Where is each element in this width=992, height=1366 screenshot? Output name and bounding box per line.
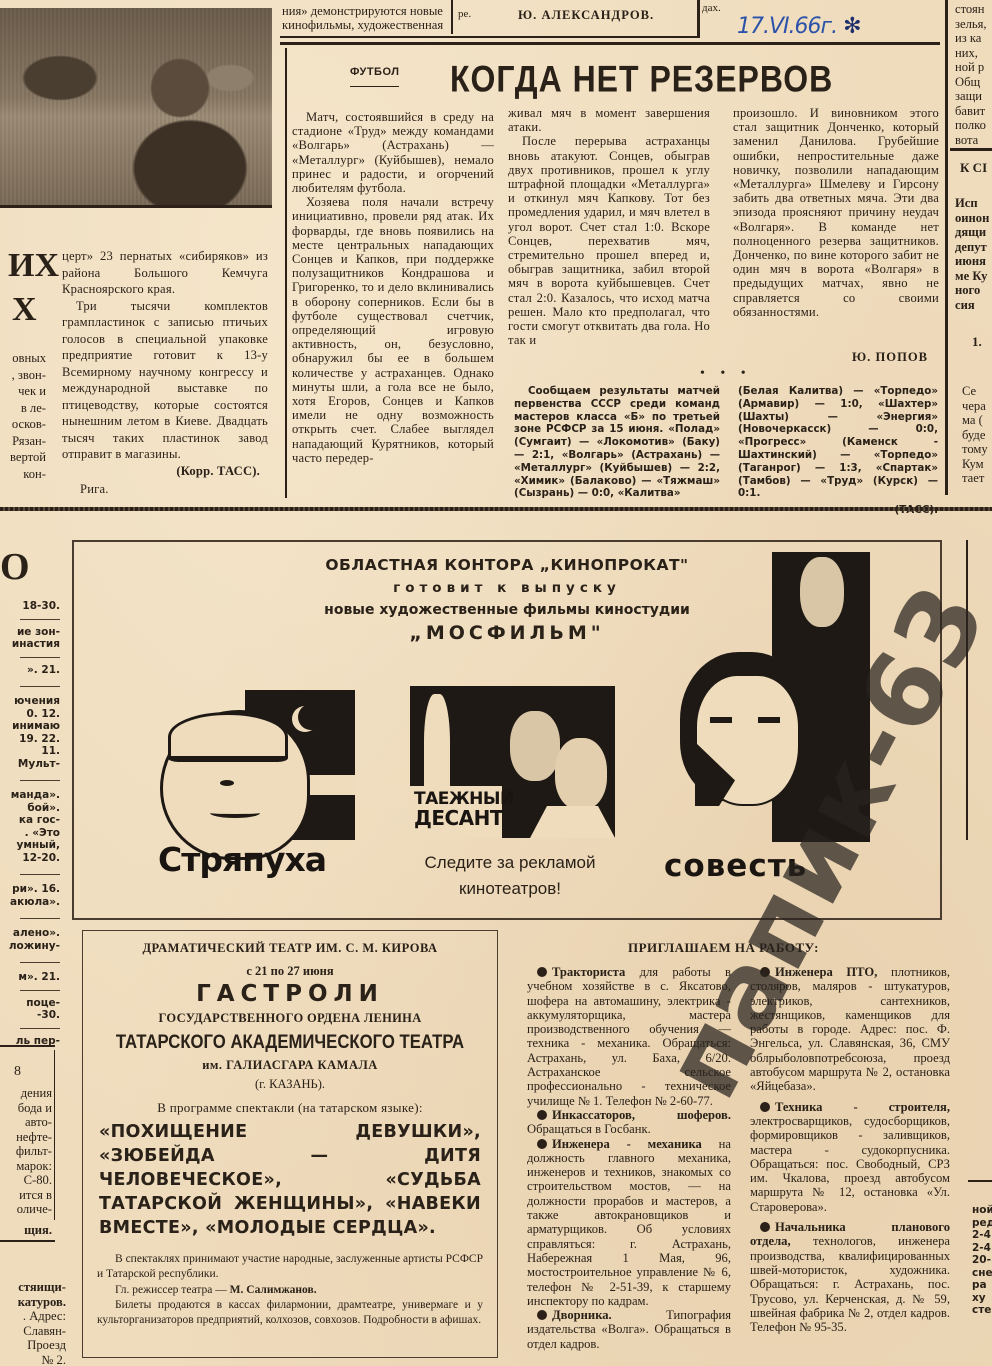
right-edge-fragments: ной ред 2-4 2-4 20- сне ра ху сте [972,1204,992,1317]
text-fragment: ного [955,283,992,298]
text-fragment: 11. [0,745,60,758]
theatre-city: (г. КАЗАНЬ). [83,1077,497,1092]
bullet-icon [760,1222,770,1232]
text-fragment: , звон- [0,367,46,384]
text-fragment: марок: [0,1159,52,1174]
text-fragment: сне [972,1267,992,1280]
text-fragment: ной [972,1204,992,1217]
bullet-icon [537,967,547,977]
paragraph: Матч, состоявшийся в среду на стадионе «… [292,110,494,195]
text-fragment: алено». [0,927,60,940]
text-fragment: инимаю [0,720,60,733]
text-fragment: дящи [955,225,992,240]
text-fragment: вертой [0,449,46,466]
director-line: Гл. режиссер театра — М. Салимжанов. [97,1284,483,1296]
text-fragment: чера [962,399,992,414]
bullet-icon [537,1310,547,1320]
text-fragment: -30. [0,1009,60,1022]
rubric-label: ФУТБОЛ [350,66,399,87]
job-listing: Дворника. Типография издательства «Волга… [527,1308,731,1351]
text-fragment: дах. [702,2,721,14]
text-fragment: кон- [0,466,46,483]
text-fragment: щия. [0,1223,52,1238]
film-title-line: ДЕСАНТ [414,809,514,828]
separator: • • • [700,366,752,382]
job-listing: Начальника планового отдела, технологов,… [750,1220,950,1334]
text-fragment: Мульт- [0,758,60,771]
text-fragment: ри». 16. [0,883,60,896]
text-fragment: них, [955,46,992,61]
job-details: электросварщиков, судосборщиков, формиро… [750,1114,950,1214]
tour-dates: с 21 по 27 июня [83,964,497,979]
text-fragment: . Адрес: [0,1309,66,1324]
text-fragment: Се [962,384,992,399]
text-fragment: манда». [0,789,60,802]
text-fragment: С-80. [0,1173,52,1188]
text-fragment: 20- [972,1254,992,1267]
text-fragment: катуров. [0,1295,66,1310]
text-fragment: 12-20. [0,852,60,865]
director-name: М. Салимжанов. [230,1284,317,1296]
director-label: Гл. режиссер театра — [115,1284,227,1296]
text-fragment: дения [0,1086,52,1101]
headline-fragment: ИХ Х [8,244,59,332]
tickets-note: Билеты продаются в кассах филармонии, др… [97,1298,483,1328]
text-fragment: ка гос- [0,814,60,827]
divider [280,42,940,45]
note-line: Следите за рекламой [395,850,625,876]
number-fragment: 8 [14,1064,21,1080]
note-line: кинотеатров! [395,876,625,902]
text-fragment: тает [962,471,992,486]
text-fragment: авто- [0,1115,52,1130]
text-fragment: инастия [0,638,60,651]
heading-fragment: К СІ [960,160,987,176]
city-label: Рига. [62,481,268,498]
text-fragment: Кум [962,457,992,472]
results-left: Сообщаем результаты матчей первенства СС… [514,385,720,500]
text-fragment: бой». [0,802,60,815]
text-fragment: тому [962,442,992,457]
number-fragment: 1. [972,334,982,350]
job-title: Инженера - механика [552,1137,702,1151]
theatre-subtitle: ГОСУДАРСТВЕННОГО ОРДЕНА ЛЕНИНА [83,1011,497,1026]
text-fragment: ючения [0,695,60,708]
results-text: Сообщаем результаты матчей первенства СС… [514,385,720,500]
divider [968,1180,992,1182]
divider [54,1050,55,1220]
text-fragment: из ка [955,31,992,46]
divider [945,0,948,495]
divider [0,1045,55,1047]
article-column-3: произошло. И виновником этого стал защит… [733,106,939,319]
right-edge-fragments: Исп оинон дящи депут июня ме Ку ного сия [955,196,992,312]
text-fragment: осков- [0,416,46,433]
cast-note: В спектаклях принимают участие народные,… [97,1252,483,1282]
job-title: Тракториста [552,965,625,979]
text-fragment: буде [962,428,992,443]
job-details: технологов, инженера производства, квали… [750,1234,950,1334]
job-details: Обращаться в Госбанк. [527,1122,651,1136]
text-fragment: 2-4 [972,1229,992,1242]
headline-letters: Х [8,288,59,332]
paragraph: живал мяч в момент завершения атаки. [508,106,710,134]
job-details: на должность главного механика, инженеро… [527,1137,731,1308]
results-right: (Белая Калитва) — «Торпедо» (Армавир) — … [738,385,938,517]
left-edge-schedule: 18-30. ие зон- инастия ». 21. ючения 0. … [0,600,60,1047]
poster-stryapukha: Стряпуха [150,690,360,890]
bullet-icon [537,1139,547,1149]
tour-title: ГАСТРОЛИ [83,981,497,1007]
text-fragment: в ле- [0,400,46,417]
text-fragment: Славян- [0,1324,66,1339]
job-title: Техника - строителя, [775,1100,950,1114]
text-fragment: вота [955,133,992,148]
moon-icon [298,704,324,730]
headline: КОГДА НЕТ РЕЗЕРВОВ [450,58,833,101]
text-fragment: ре. [458,8,471,20]
text-fragment: ной р [955,60,992,75]
poster-taezhny-desant: ТАЕЖНЫЙ ДЕСАНТ [410,686,615,838]
headline-letters: ИХ [8,244,59,288]
text-fragment: овных [0,350,46,367]
text-fragment: ». 21. [0,664,60,677]
text-fragment: зелья, [955,17,992,32]
text-fragment: бода и [0,1101,52,1116]
bullet-icon [537,1110,547,1120]
results-text: (Белая Калитва) — «Торпедо» (Армавир) — … [738,385,938,499]
text-fragment: сия [955,298,992,313]
text-fragment: июня [955,254,992,269]
author-signature: Ю. ПОПОВ [852,350,928,365]
text-fragment: кинофильмы, художественная [282,18,452,32]
text-fragment: Исп [955,196,992,211]
text-fragment: полко [955,118,992,133]
paragraph: После перерыва астраханцы вновь атакуют.… [508,134,710,347]
text-fragment: ра [972,1279,992,1292]
divider [280,36,700,38]
text-fragment: бавит [955,104,992,119]
paragraph: Три тысячи комплектов грампластинок с за… [62,298,268,463]
text-fragment: защи [955,89,992,104]
football-photo [0,8,272,208]
text-fragment: 2-4 [972,1242,992,1255]
theatre-namesake: им. ГАЛИАСГАРА КАМАЛА [83,1058,497,1073]
job-title: Инкассаторов, шоферов. [552,1108,731,1122]
text-fragment: ху [972,1292,992,1305]
text-fragment: Общ [955,75,992,90]
text-fragment: Проезд [0,1338,66,1353]
text-fragment: 18-30. [0,600,60,613]
text-fragment: 19. 22. [0,733,60,746]
left-fragments: овных , звон- чек и в ле- осков- Рязан- … [0,350,46,482]
headline-fragment: О [0,545,30,589]
text-fragment: ма ( [962,413,992,428]
bullet-icon [760,1102,770,1112]
birds-article: церт» 23 пернатых «сибиряков» из района … [62,248,268,498]
page-divider [0,507,992,511]
handwritten-date: 17.VI.66г. ✻ [737,14,861,39]
text-fragment: м». 21. [0,971,60,984]
text-fragment: 0. 12. [0,708,60,721]
text-fragment: депут [955,240,992,255]
text-fragment: нефте- [0,1130,52,1145]
right-edge-fragments: стоян зелья, из ка них, ной р Общ защи б… [955,2,992,147]
job-listing: Техника - строителя, электросварщиков, с… [750,1100,950,1214]
text-fragment: ложину- [0,940,60,953]
text-fragment: чек и [0,383,46,400]
text-fragment: сте [972,1304,992,1317]
paragraph: Хозяева поля начали встречу инициативно,… [292,195,494,465]
text-fragment: оинон [955,211,992,226]
article-column-2: живал мяч в момент завершения атаки. Пос… [508,106,710,347]
theatre-title: ТАТАРСКОГО АКАДЕМИЧЕСКОГО ТЕАТРА [108,1032,472,1054]
play-list: «ПОХИЩЕНИЕ ДЕВУШКИ», «ЗЮБЕЙДА — ДИТЯ ЧЕЛ… [99,1120,481,1240]
job-listing: Инженера - механика на должность главног… [527,1137,731,1309]
paragraph: церт» 23 пернатых «сибиряков» из района … [62,248,268,298]
theatre-advertisement: ДРАМАТИЧЕСКИЙ ТЕАТР ИМ. С. М. КИРОВА с 2… [82,930,498,1358]
divider [0,1240,55,1242]
text-fragment: оличе- [0,1202,52,1217]
text-fragment: Рязан- [0,433,46,450]
divider [451,0,453,34]
divider [950,148,992,151]
text-fragment: № 2. [0,1353,66,1366]
article-column-1: Матч, состоявшийся в среду на стадионе «… [292,110,494,465]
source-label: (Корр. ТАСС). [62,463,268,480]
text-fragment: ния» демонстрируются новые [282,4,452,18]
right-edge-fragments: Се чера ма ( буде тому Кум тает [962,384,992,486]
left-edge-bottom: стяищи- катуров. . Адрес: Славян- Проезд… [0,1280,66,1366]
text-fragment: стяищи- [0,1280,66,1295]
job-title: Дворника. [552,1308,612,1322]
film-title: Стряпуха [158,840,326,879]
text-fragment: поце- [0,997,60,1010]
author-signature: Ю. АЛЕКСАНДРОВ. [518,8,654,23]
text-fragment: акюла». [0,896,60,909]
text-fragment: умный, [0,839,60,852]
text-fragment: ится в [0,1188,52,1203]
film-title: ТАЕЖНЫЙ ДЕСАНТ [414,790,514,828]
divider [285,48,287,498]
text-fragment: . «Это [0,827,60,840]
text-fragment: ие зон- [0,626,60,639]
paragraph: произошло. И виновником этого стал защит… [733,106,939,319]
ad-note: Следите за рекламой кинотеатров! [395,850,625,902]
job-listing: Инкассаторов, шоферов. Обращаться в Госб… [527,1108,731,1137]
text-fragment: ме Ку [955,269,992,284]
left-edge-box-text: дения бода и авто- нефте- фильт- марок: … [0,1086,52,1237]
theatre-name: ДРАМАТИЧЕСКИЙ ТЕАТР ИМ. С. М. КИРОВА [83,941,497,956]
text-fragment: фильт- [0,1144,52,1159]
program-intro: В программе спектакли (на татарском язык… [83,1100,497,1116]
text-fragment: ред [972,1217,992,1230]
text-fragment: стоян [955,2,992,17]
divider [697,0,700,38]
top-fragment: ния» демонстрируются новые кинофильмы, х… [282,4,452,32]
